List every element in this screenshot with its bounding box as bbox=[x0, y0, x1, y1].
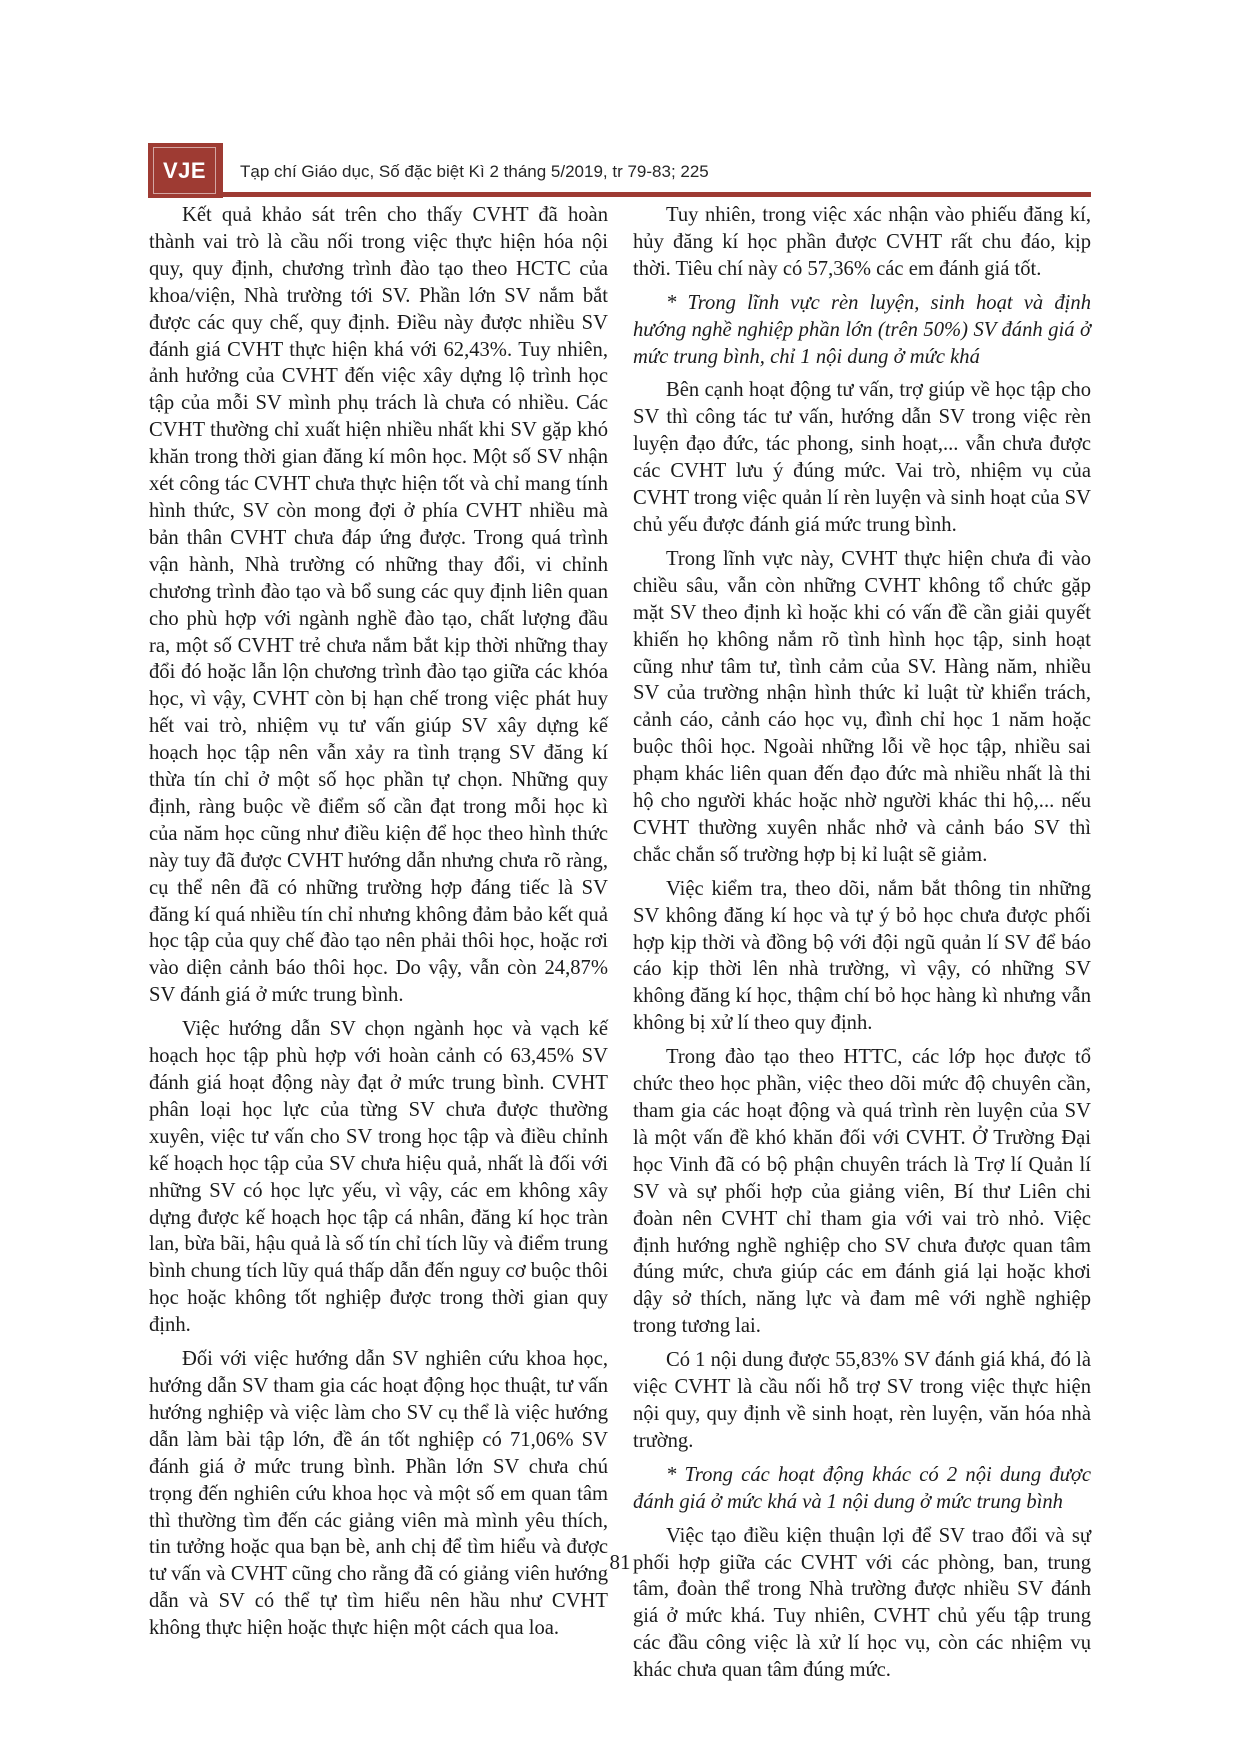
paragraph: Trong đào tạo theo HTTC, các lớp học đượ… bbox=[633, 1044, 1091, 1340]
paragraph: Bên cạnh hoạt động tư vấn, trợ giúp về h… bbox=[633, 377, 1091, 538]
paragraph: Có 1 nội dung được 55,83% SV đánh giá kh… bbox=[633, 1347, 1091, 1455]
paragraph: Việc tạo điều kiện thuận lợi để SV trao … bbox=[633, 1523, 1091, 1684]
paragraph: Trong lĩnh vực này, CVHT thực hiện chưa … bbox=[633, 546, 1091, 869]
paragraph: Việc kiểm tra, theo dõi, nắm bắt thông t… bbox=[633, 876, 1091, 1037]
paragraph: Tuy nhiên, trong việc xác nhận vào phiếu… bbox=[633, 202, 1091, 283]
right-column: Tuy nhiên, trong việc xác nhận vào phiếu… bbox=[633, 202, 1091, 1691]
header-divider-rule bbox=[148, 192, 1091, 197]
journal-citation: Tạp chí Giáo dục, Số đặc biệt Kì 2 tháng… bbox=[240, 162, 709, 182]
journal-page: VJE Tạp chí Giáo dục, Số đặc biệt Kì 2 t… bbox=[0, 0, 1240, 1754]
paragraph: Việc hướng dẫn SV chọn ngành học và vạch… bbox=[149, 1016, 608, 1339]
section-heading: * Trong các hoạt động khác có 2 nội dung… bbox=[633, 1462, 1091, 1516]
vje-logo-frame: VJE bbox=[153, 147, 216, 194]
paragraph: Đối với việc hướng dẫn SV nghiên cứu kho… bbox=[149, 1346, 608, 1642]
page-number: 81 bbox=[149, 1550, 1091, 1575]
paragraph: Kết quả khảo sát trên cho thấy CVHT đã h… bbox=[149, 202, 608, 1009]
left-column: Kết quả khảo sát trên cho thấy CVHT đã h… bbox=[149, 202, 608, 1649]
section-heading: * Trong lĩnh vực rèn luyện, sinh hoạt và… bbox=[633, 290, 1091, 371]
vje-logo-text: VJE bbox=[163, 158, 206, 184]
vje-logo: VJE bbox=[148, 143, 223, 198]
